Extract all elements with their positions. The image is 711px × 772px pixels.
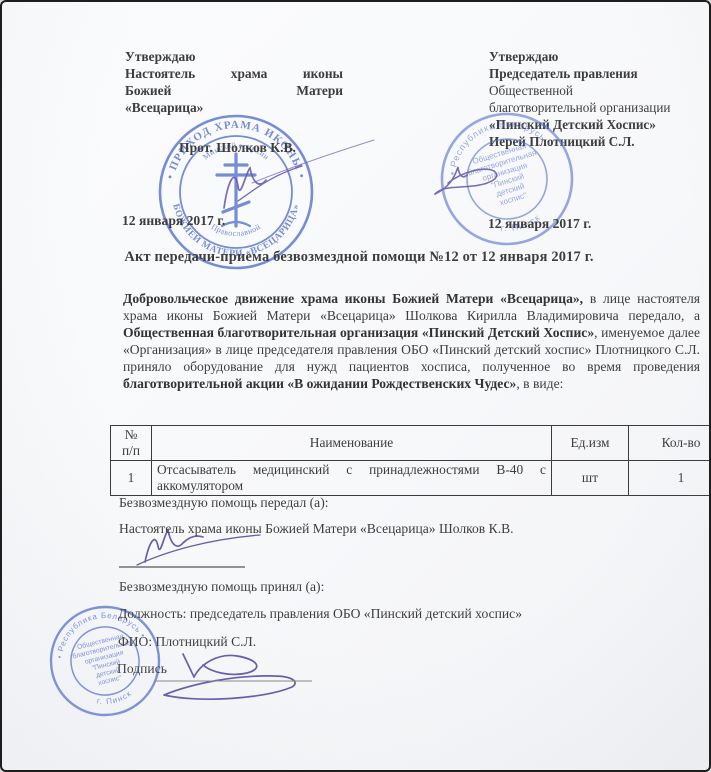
- approve-word-left: Утверждаю: [125, 48, 343, 65]
- table-header-row: № п/п Наименование Ед.изм Кол-во: [111, 426, 711, 461]
- row1-num: 1: [111, 461, 152, 496]
- signature-ink-chairman-top: [435, 167, 497, 194]
- received-label: Безвозмездную помощь принял (а):: [119, 579, 324, 595]
- approval-block-left: Утверждаю Настоятель храма иконы Божией …: [125, 48, 343, 116]
- position-line: Должность: председатель правления ОБО «П…: [118, 606, 522, 622]
- approver-title-left-3: «Всецарица»: [125, 99, 343, 116]
- approver-name-right: Иерей Плотницкий С.Л.: [489, 133, 711, 150]
- approver-title-left-2: Божией Матери: [125, 82, 343, 99]
- approver-title-right-1: Председатель правления: [489, 65, 711, 82]
- col-header-num: № п/п: [111, 426, 152, 461]
- document-title: Акт передачи-приема безвозмездной помощи…: [12, 249, 706, 266]
- table-row: 1 Отсасыватель медицинский с принадлежно…: [111, 461, 711, 496]
- org-stamp-bottom-ring-bottom-text: г. Пинск: [94, 688, 134, 710]
- svg-text:г. Пинск: г. Пинск: [94, 688, 134, 710]
- priest-signatory-name: Прот. Шолков К.В.: [179, 140, 296, 156]
- org-stamp-top-line5: детский: [495, 181, 525, 198]
- org-stamp-top-line6: хоспис": [498, 191, 528, 208]
- row1-qty: 1: [629, 461, 711, 496]
- approver-title-right-2: Общественной: [489, 82, 711, 99]
- org-stamp-top-line2: благотворительная: [467, 148, 538, 177]
- row1-name: Отсасыватель медицинский с принадлежност…: [152, 461, 552, 496]
- items-table: № п/п Наименование Ед.изм Кол-во 1 Отсас…: [110, 425, 711, 496]
- col-header-unit: Ед.изм: [552, 426, 629, 461]
- org-stamp-top-line3: организация: [481, 161, 528, 183]
- col-header-num-line1: №: [116, 427, 146, 443]
- church-stamp: • ПРИХОД ХРАМА ИКОНЫ • БОЖИЕЙ МАТЕРИ «ВС…: [160, 116, 312, 268]
- row1-unit: шт: [552, 461, 629, 496]
- approver-title-right-4: «Пинский Детский Хоспис»: [489, 116, 711, 133]
- approver-title-left-1: Настоятель храма иконы: [125, 65, 343, 82]
- signature-label: Подпись: [117, 661, 167, 677]
- fio-line: ФИО: Плотницкий С.Л.: [118, 634, 256, 650]
- col-header-name: Наименование: [152, 426, 552, 461]
- org-stamp-top-line4: "Пинский: [490, 172, 525, 191]
- scanned-act-document: Утверждаю Настоятель храма иконы Божией …: [0, 0, 711, 772]
- approve-word-right: Утверждаю: [489, 48, 711, 65]
- body-paragraph: Добровольческое движение храма иконы Бож…: [123, 290, 700, 392]
- date-left: 12 января 2017 г.: [122, 213, 225, 229]
- date-right: 12 января 2017 г.: [488, 216, 591, 232]
- gave-label: Безвозмездную помощь передал (а):: [119, 495, 329, 511]
- gave-person: Настоятель храма иконы Божией Матери «Вс…: [119, 521, 514, 537]
- col-header-qty: Кол-во: [629, 426, 711, 461]
- approver-title-right-3: благотворительной организации: [489, 99, 711, 116]
- signature-ink-received: [164, 654, 295, 699]
- approval-block-right: Утверждаю Председатель правления Обществ…: [489, 48, 711, 150]
- col-header-num-line2: п/п: [116, 443, 146, 459]
